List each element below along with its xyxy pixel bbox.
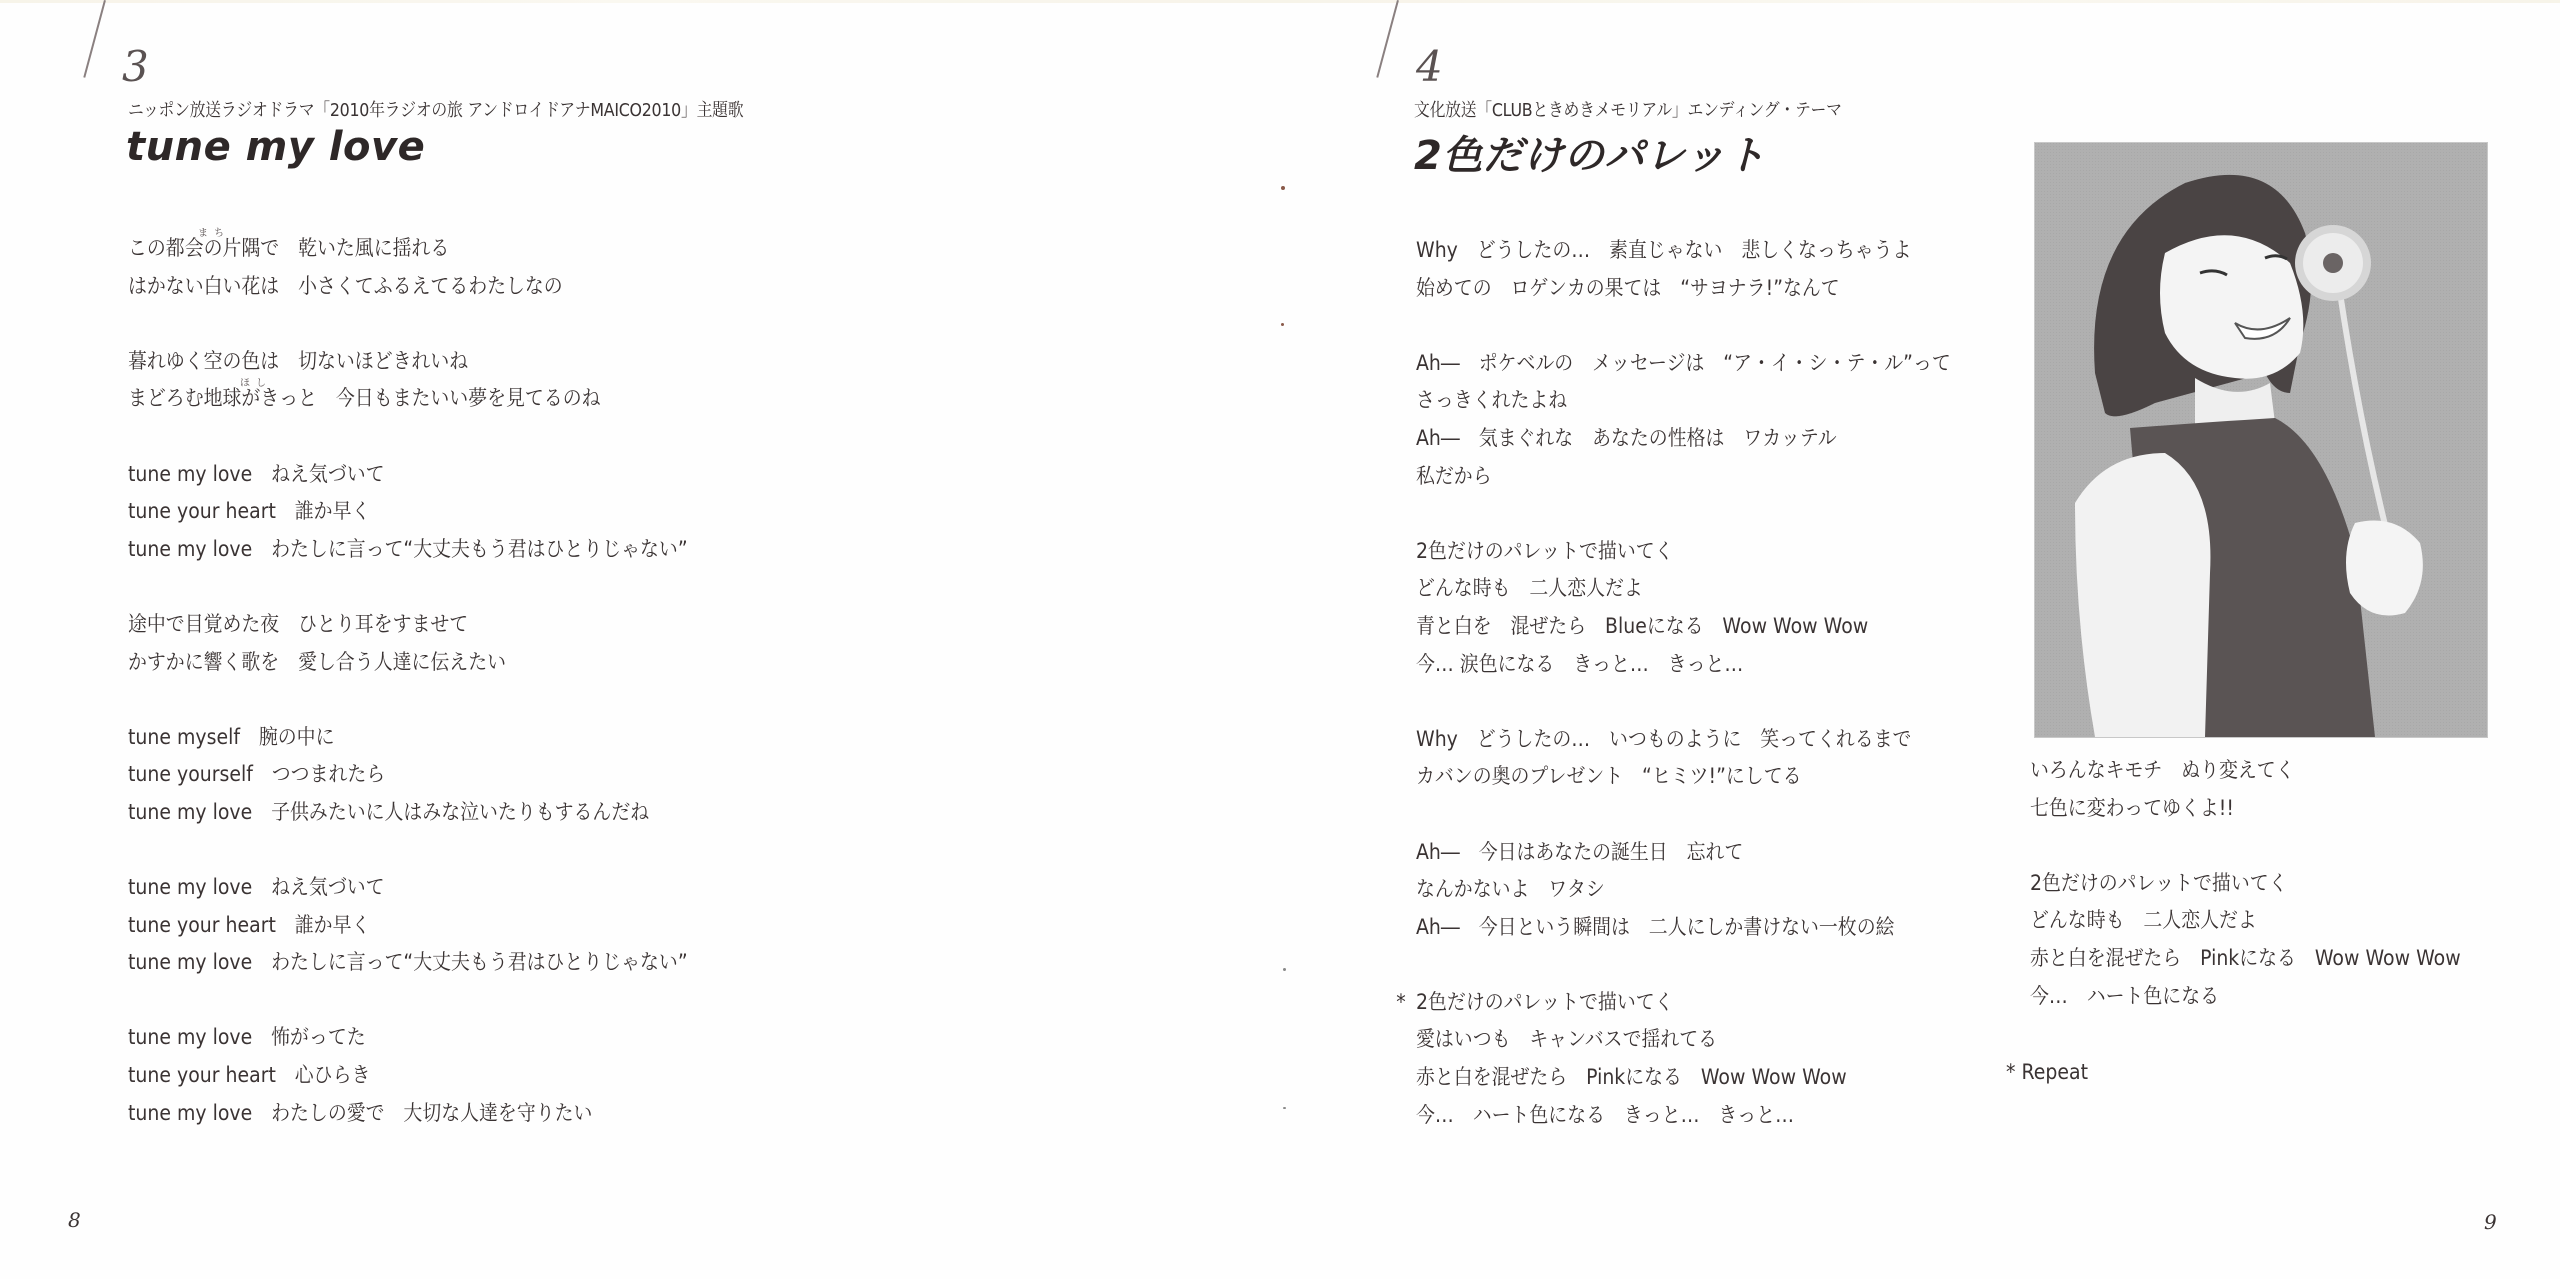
scan-speck [1283, 1107, 1286, 1109]
lyric-line: 青と白を 混ぜたら Blueになる Wow Wow Wow [1416, 608, 1951, 646]
lyric-line: 私だから [1416, 458, 1951, 496]
lyric-line: さっきくれたよね [1416, 382, 1951, 420]
lyric-line: Ah― 気まぐれな あなたの性格は ワカッテル [1416, 420, 1951, 458]
lyric-line: 愛はいつも キャンバスで揺れてる [1416, 1021, 1951, 1059]
lyric-line: この都会の片隅で 乾いた風に揺れる [128, 230, 688, 268]
lyric-line: Why どうしたの… いつものように 笑ってくれるまで [1416, 721, 1951, 759]
lyric-line: カバンの奥のプレゼント “ヒミツ!”にしてる [1416, 758, 1951, 796]
lyric-line: tune your heart 心ひらき [128, 1057, 688, 1095]
lyric-line: Why どうしたの… 素直じゃない 悲しくなっちゃうよ [1416, 232, 1951, 270]
lyric-line: 今… ハート色になる きっと… きっと… [1416, 1097, 1951, 1135]
lyric-line-chorus-start: *2色だけのパレットで描いてく [1416, 984, 1951, 1022]
lyric-line: Ah― 今日という瞬間は 二人にしか書けない一枚の絵 [1416, 909, 1951, 947]
booklet-spread: 3 ニッポン放送ラジオドラマ「2010年ラジオの旅 アンドロイドアナMAICO2… [0, 0, 2560, 1279]
lyric-line: tune my love ねえ気づいて [128, 456, 688, 494]
portrait-photo-icon [2035, 143, 2487, 737]
repeat-label: * Repeat [2006, 1054, 2088, 1092]
track-subtitle: ニッポン放送ラジオドラマ「2010年ラジオの旅 アンドロイドアナMAICO201… [128, 96, 743, 122]
lyric-line: tune your heart 誰か早く [128, 907, 688, 945]
lyric-line: Ah― 今日はあなたの誕生日 忘れて [1416, 834, 1951, 872]
lyric-line: いろんなキモチ ぬり変えてく [2030, 752, 2461, 790]
lyric-line: 赤と白を混ぜたら Pinkになる Wow Wow Wow [1416, 1059, 1951, 1097]
chorus-marker: * [1396, 984, 1405, 1022]
page-top-edge [0, 0, 1280, 3]
lyric-line: かすかに響く歌を 愛し合う人達に伝えたい [128, 644, 688, 682]
lyric-line: Ah― ポケベルの メッセージは “ア・イ・シ・テ・ル”って [1416, 345, 1951, 383]
lyric-line: tune your heart 誰か早く [128, 493, 688, 531]
lyric-line: 2色だけのパレットで描いてく [2030, 865, 2461, 903]
lyric-line: 今… 涙色になる きっと… きっと… [1416, 646, 1951, 684]
lyric-line: tune myself 腕の中に [128, 719, 688, 757]
lyric-line: 暮れゆく空の色は 切ないほどきれいね [128, 343, 688, 381]
track-number: 3 [122, 46, 149, 88]
lyric-line: tune my love 子供みたいに人はみな泣いたりもするんだね [128, 794, 688, 832]
lyrics-block-column-2: いろんなキモチ ぬり変えてく 七色に変わってゆくよ!! 2色だけのパレットで描い… [2030, 752, 2509, 1053]
portrait-photo [2034, 142, 2488, 738]
song-title: 2色だけのパレット [1414, 124, 1766, 181]
left-page: 3 ニッポン放送ラジオドラマ「2010年ラジオの旅 アンドロイドアナMAICO2… [0, 0, 1280, 1279]
scan-speck [1283, 968, 1286, 971]
lyric-line: tune yourself つつまれたら [128, 756, 688, 794]
lyric-line: どんな時も 二人恋人だよ [1416, 570, 1951, 608]
page-top-edge [1280, 0, 2560, 3]
lyric-line: tune my love 怖がってた [128, 1019, 688, 1057]
track-subtitle: 文化放送「CLUBときめきメモリアル」エンディング・テーマ [1414, 96, 1842, 122]
scan-speck [1281, 323, 1284, 326]
lyric-line: 2色だけのパレットで描いてく [1416, 533, 1951, 571]
repeat-instruction: * Repeat [2006, 1054, 2097, 1092]
lyric-line: なんかないよ ワタシ [1416, 871, 1951, 909]
lyric-line: tune my love わたしの愛で 大切な人達を守りたい [128, 1095, 688, 1133]
lyrics-block-column-1: Why どうしたの… 素直じゃない 悲しくなっちゃうよ 始めての ロゲンカの果て… [1416, 232, 2010, 1134]
lyric-line: はかない白い花は 小さくてふるえてるわたしなの [128, 268, 688, 306]
lyric-line: tune my love ねえ気づいて [128, 869, 688, 907]
lyric-text: 2色だけのパレットで描いてく [1416, 990, 1674, 1014]
lyric-line: 始めての ロゲンカの果ては “サヨナラ!”なんて [1416, 270, 1951, 308]
lyric-line: tune my love わたしに言って“大丈夫もう君はひとりじゃない” [128, 944, 688, 982]
lyrics-block: この都会の片隅で 乾いた風に揺れる はかない白い花は 小さくてふるえてるわたしな… [128, 230, 750, 1132]
lyric-line: まどろむ地球がきっと 今日もまたいい夢を見てるのね [128, 380, 688, 418]
lyric-line: 赤と白を混ぜたら Pinkになる Wow Wow Wow [2030, 940, 2461, 978]
song-title: tune my love [126, 124, 425, 170]
lyric-line: どんな時も 二人恋人だよ [2030, 902, 2461, 940]
lyric-line: 今… ハート色になる [2030, 978, 2461, 1016]
page-number: 9 [2484, 1210, 2497, 1234]
track-number: 4 [1416, 46, 1443, 88]
lyric-line: 途中で目覚めた夜 ひとり耳をすませて [128, 606, 688, 644]
page-number: 8 [68, 1208, 81, 1232]
lyric-line: 七色に変わってゆくよ!! [2030, 790, 2461, 828]
lyric-line: tune my love わたしに言って“大丈夫もう君はひとりじゃない” [128, 531, 688, 569]
decorative-slash [83, 0, 106, 78]
